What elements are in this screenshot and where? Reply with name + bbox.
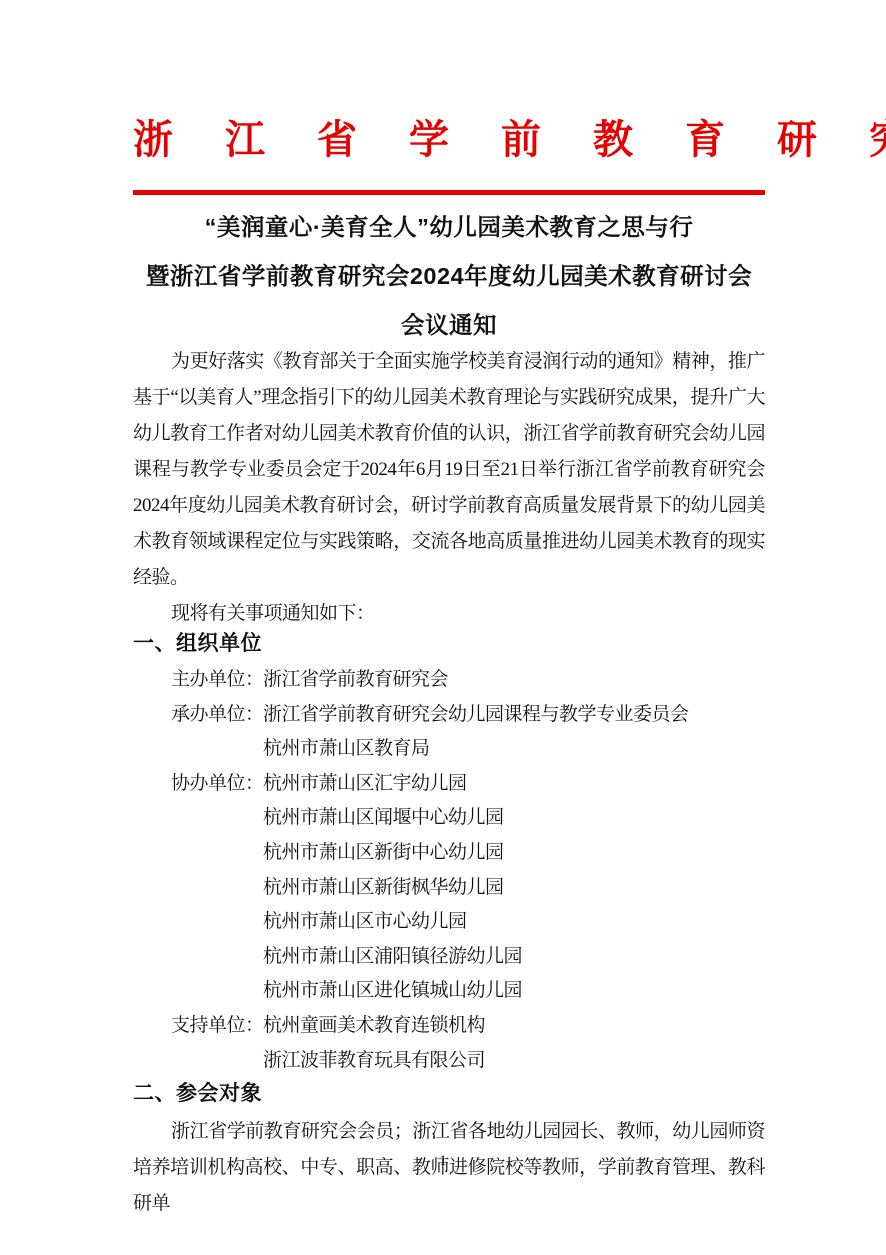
document-title-block: “美润童心·美育全人”幼儿园美术教育之思与行 暨浙江省学前教育研究会2024年度… <box>133 203 765 350</box>
org-row-values: 杭州童画美术教育连锁机构 浙江波菲教育玩具有限公司 <box>263 1009 765 1078</box>
org-value-line: 杭州市萧山区市心幼儿园 <box>263 905 765 940</box>
org-value-line: 杭州童画美术教育连锁机构 <box>263 1009 765 1044</box>
org-row-values: 浙江省学前教育研究会幼儿园课程与教学专业委员会 杭州市萧山区教育局 <box>263 698 765 767</box>
org-row-label: 支持单位： <box>171 1009 264 1044</box>
section-heading-participants: 二、参会对象 <box>133 1076 765 1112</box>
org-row-label: 承办单位： <box>171 698 264 733</box>
org-row-host: 主办单位： 浙江省学前教育研究会 <box>133 663 765 698</box>
org-value-line: 杭州市萧山区教育局 <box>263 732 765 767</box>
doc-title-line-1: “美润童心·美育全人”幼儿园美术教育之思与行 <box>133 203 765 252</box>
org-value-line: 杭州市萧山区闻堰中心幼儿园 <box>263 801 765 836</box>
org-row-coorganizer: 协办单位： 杭州市萧山区汇宇幼儿园 杭州市萧山区闻堰中心幼儿园 杭州市萧山区新街… <box>133 767 765 1009</box>
doc-title-line-3: 会议通知 <box>133 301 765 350</box>
org-value-line: 浙江省学前教育研究会 <box>263 663 765 698</box>
org-value-line: 浙江波菲教育玩具有限公司 <box>263 1044 765 1079</box>
intro-paragraph: 为更好落实《教育部关于全面实施学校美育浸润行动的通知》精神，推广基于“以美育人”… <box>133 344 765 596</box>
org-row-label: 主办单位： <box>171 663 264 698</box>
org-row-supporter: 支持单位： 杭州童画美术教育连锁机构 浙江波菲教育玩具有限公司 <box>133 1009 765 1078</box>
org-row-label: 协办单位： <box>171 767 264 802</box>
section-heading-organizers: 一、组织单位 <box>133 626 765 662</box>
org-value-line: 杭州市萧山区新街中心幼儿园 <box>263 836 765 871</box>
org-value-line: 杭州市萧山区浦阳镇径游幼儿园 <box>263 940 765 975</box>
doc-title-line-2: 暨浙江省学前教育研究会2024年度幼儿园美术教育研讨会 <box>133 252 765 301</box>
org-value-line: 杭州市萧山区新街枫华幼儿园 <box>263 871 765 906</box>
org-value-line: 杭州市萧山区进化镇城山幼儿园 <box>263 974 765 1009</box>
document-page: 浙 江 省 学 前 教 育 研 究 会 “美润童心·美育全人”幼儿园美术教育之思… <box>0 0 886 1255</box>
letterhead-org-title: 浙 江 省 学 前 教 育 研 究 会 <box>133 116 786 164</box>
page-number: 1 <box>0 1150 886 1172</box>
document-content: 浙 江 省 学 前 教 育 研 究 会 “美润童心·美育全人”幼儿园美术教育之思… <box>133 0 765 1222</box>
organizer-list: 主办单位： 浙江省学前教育研究会 承办单位： 浙江省学前教育研究会幼儿园课程与教… <box>133 663 765 1078</box>
letterhead-divider <box>133 190 765 195</box>
org-value-line: 杭州市萧山区汇宇幼儿园 <box>263 767 765 802</box>
org-value-line: 浙江省学前教育研究会幼儿园课程与教学专业委员会 <box>263 698 765 733</box>
org-row-undertaker: 承办单位： 浙江省学前教育研究会幼儿园课程与教学专业委员会 杭州市萧山区教育局 <box>133 698 765 767</box>
org-row-values: 浙江省学前教育研究会 <box>263 663 765 698</box>
org-row-values: 杭州市萧山区汇宇幼儿园 杭州市萧山区闻堰中心幼儿园 杭州市萧山区新街中心幼儿园 … <box>263 767 765 1009</box>
